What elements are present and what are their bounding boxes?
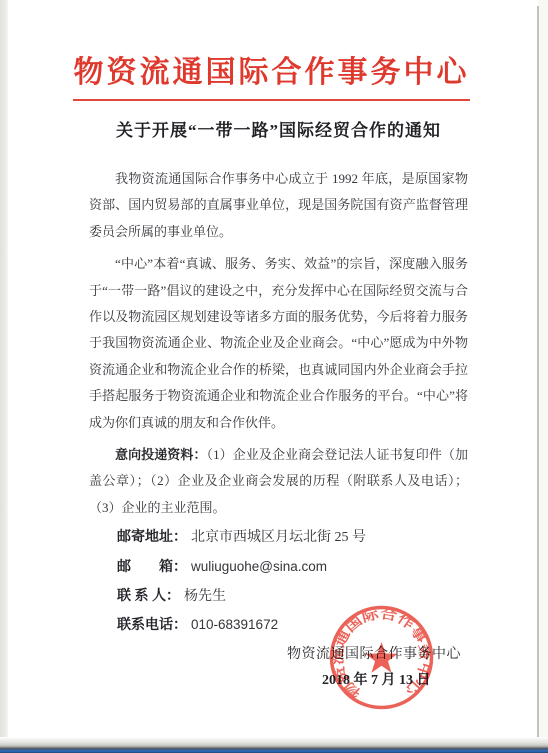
contact-value-person: 杨先生 [180,589,226,604]
contact-value-email: wuliuguohe@sina.com [187,559,327,574]
contact-value-phone: 010-68391672 [187,617,278,632]
page-edge-right-line [537,6,539,740]
paragraph-3: 意向投递资料：（1）企业及企业商会登记法人证书复印件（加盖公章）；（2）企业及企… [89,442,468,521]
paragraph-2: “中心”本着“真诚、服务、务实、效益”的宗旨，深度融入服务于“一带一路”倡议的建… [89,251,468,436]
paragraph-1: 我物资流通国际合作事务中心成立于 1992 年底，是原国家物资部、国内贸易部的直… [89,166,468,245]
scanned-document-page: 物资流通国际合作事务中心 关于开展“一带一路”国际经贸合作的通知 我物资流通国际… [0,0,548,753]
letterhead-org-title: 物资流通国际合作事务中心 [73,52,470,94]
paragraph-3-bold-label: 意向投递资料： [115,447,207,462]
contact-value-address: 北京市西城区月坛北街 25 号 [187,530,366,545]
contact-label-person: 联 系 人： [117,589,180,604]
contact-label-address: 邮寄地址： [117,530,187,545]
contact-label-phone: 联系电话： [117,618,187,633]
official-seal: 物资流通国际合作事务中心 [324,600,439,715]
contact-line-email: 邮 箱：wuliuguohe@sina.com [117,553,477,583]
notice-title: 关于开展“一带一路”国际经贸合作的通知 [89,116,468,141]
scan-edge-right-shade [538,0,548,753]
contact-label-email: 邮 箱： [117,560,187,575]
document-body: 我物资流通国际合作事务中心成立于 1992 年底，是原国家物资部、国内贸易部的直… [89,166,468,527]
star-icon [365,642,397,673]
contact-line-address: 邮寄地址：北京市西城区月坛北街 25 号 [117,524,477,553]
page-edge-bottom-shadow [0,737,548,753]
scan-edge-left [0,0,8,753]
letterhead-rule [73,99,470,101]
